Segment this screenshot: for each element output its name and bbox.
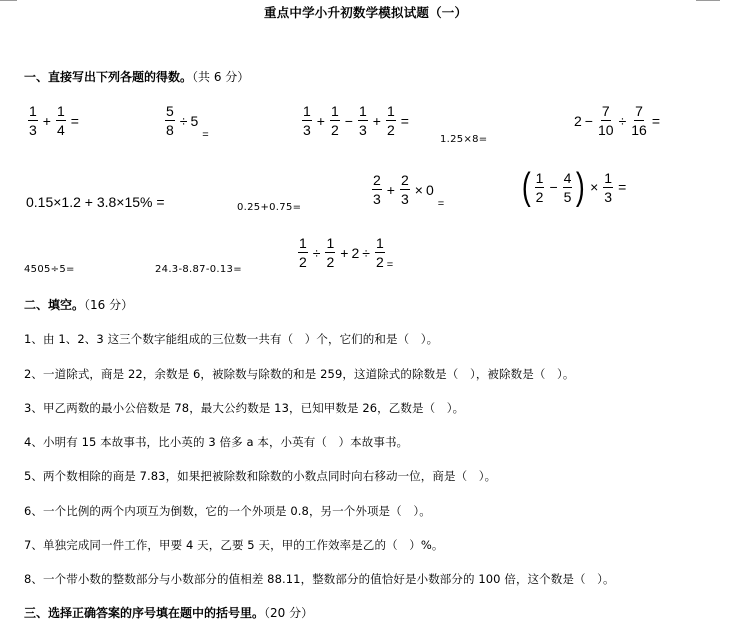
fill-question-4: 4、小明有 15 本故事书，比小英的 3 倍多 a 本，小英有（ ）本故事书。: [24, 434, 408, 450]
fill-question-3: 3、甲乙两数的最小公倍数是 78，最大公约数是 13，已知甲数是 26，乙数是（…: [24, 400, 464, 416]
fraction: 13: [603, 171, 613, 204]
calc-item-2: 58 ÷ 5 =: [163, 104, 209, 137]
fraction: 13: [358, 104, 368, 137]
fill-question-5: 5、两个数相除的商是 7.83，如果把被除数和除数的小数点同时向右移动一位，商是…: [24, 468, 496, 484]
calc-item-9: ( 12 − 45 ) × 13 =: [520, 170, 629, 204]
fraction: 14: [56, 104, 66, 137]
calc-item-7: 0.25+0.75=: [237, 202, 301, 213]
calc-item-3: 13 + 12 − 13 + 12 =: [300, 104, 412, 137]
calc-item-10: 4505÷5=: [24, 264, 75, 275]
section1-heading: 一、直接写出下列各题的得数。（共 6 分）: [24, 68, 249, 85]
calc-item-5: 2 − 710 ÷ 716 =: [574, 104, 663, 137]
section2-heading: 二、填空。（16 分）: [24, 296, 133, 313]
fraction: 12: [325, 236, 335, 269]
fill-question-6: 6、一个比例的两个内项互为倒数，它的一个外项是 0.8，另一个外项是（ ）。: [24, 503, 431, 519]
fraction: 12: [386, 104, 396, 137]
section2-title: 二、填空。: [24, 298, 84, 312]
fraction: 12: [535, 171, 545, 204]
fraction: 23: [400, 173, 410, 206]
page-corner-mark-right: [696, 0, 720, 1]
page-title: 重点中学小升初数学模拟试题（一）: [264, 3, 467, 21]
fraction: 710: [598, 104, 614, 137]
calc-item-12: 12 ÷ 12 + 2 ÷ 12 =: [296, 236, 393, 269]
calc-item-6: 0.15×1.2 + 3.8×15% =: [26, 194, 165, 210]
page-corner-mark-left: [0, 0, 17, 1]
fraction: 12: [375, 236, 385, 269]
fraction: 13: [302, 104, 312, 137]
fill-question-7: 7、单独完成同一件工作，甲要 4 天，乙要 5 天，甲的工作效率是乙的（ ）%。: [24, 537, 444, 553]
section1-title: 一、直接写出下列各题的得数。: [24, 70, 192, 84]
fraction: 12: [330, 104, 340, 137]
calc-item-11: 24.3-8.87-0.13=: [155, 264, 242, 275]
fill-question-2: 2、一道除式，商是 22，余数是 6，被除数与除数的和是 259，这道除式的除数…: [24, 366, 574, 382]
section3-title: 三、选择正确答案的序号填在题中的括号里。: [24, 606, 264, 620]
fraction: 13: [28, 104, 38, 137]
calc-item-4: 1.25×8=: [440, 134, 488, 145]
section2-score: （16 分）: [84, 298, 133, 312]
fraction: 23: [372, 173, 382, 206]
section1-score: （共 6 分）: [192, 70, 249, 84]
calc-item-8: 23 + 23 × 0 =: [370, 173, 444, 206]
fill-question-8: 8、一个带小数的整数部分与小数部分的值相差 88.11，整数部分的值恰好是小数部…: [24, 571, 615, 587]
section3-score: （20 分）: [264, 606, 313, 620]
fraction: 12: [298, 236, 308, 269]
fill-question-1: 1、由 1、2、3 这三个数字能组成的三位数一共有（ ）个，它们的和是（ ）。: [24, 331, 438, 347]
fraction: 716: [631, 104, 647, 137]
section3-heading: 三、选择正确答案的序号填在题中的括号里。（20 分）: [24, 604, 313, 621]
calc-item-1: 13 + 14 =: [26, 104, 82, 137]
fraction: 45: [563, 171, 573, 204]
fraction: 58: [165, 104, 175, 137]
